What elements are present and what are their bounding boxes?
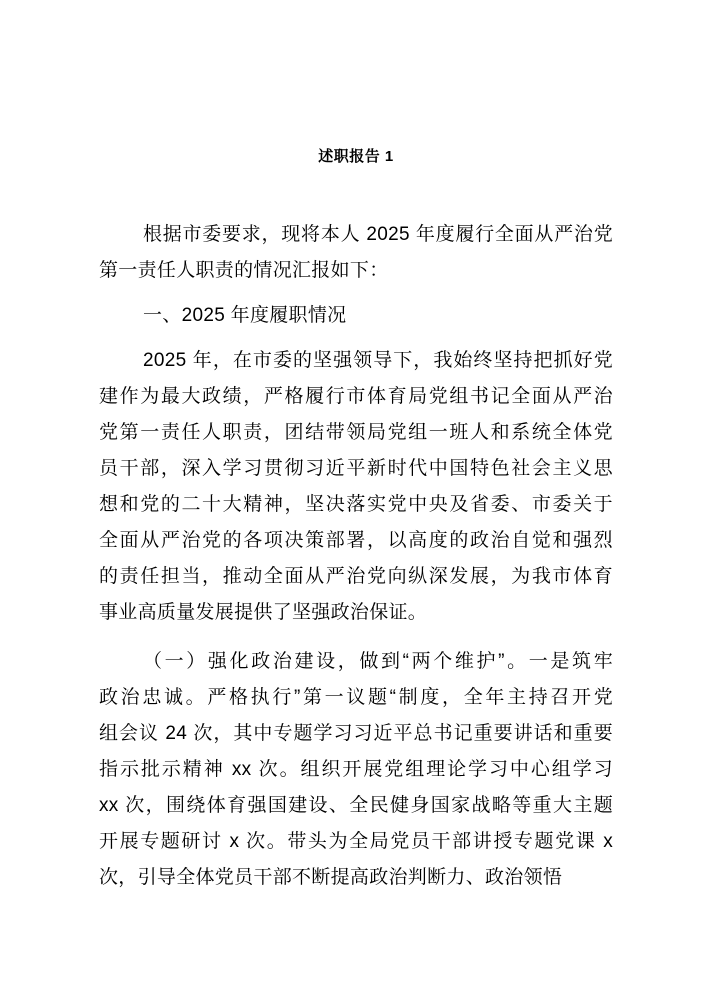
text-line: 政治忠诚。严格执行”第一议题“制度，全年主持召开党	[99, 680, 613, 716]
text-line: 根据市委要求，现将本人 2025 年度履行全面从严治党	[99, 217, 613, 253]
text-line: 组会议 24 次，其中专题学习习近平总书记重要讲话和重要	[99, 716, 613, 752]
document-page: 述职报告 1 根据市委要求，现将本人 2025 年度履行全面从严治党 第一责任人…	[0, 0, 711, 1006]
text-line: 事业高质量发展提供了坚强政治保证。	[99, 595, 613, 631]
section-heading: 一、2025 年度履职情况	[99, 298, 613, 334]
text-line: 的责任担当，推动全面从严治党向纵深发展，为我市体育	[99, 559, 613, 595]
text-line: xx 次，围绕体育强国建设、全民健身国家战略等重大主题	[99, 788, 613, 824]
text-line: 全面从严治党的各项决策部署，以高度的政治自觉和强烈	[99, 523, 613, 559]
text-line: 党第一责任人职责，团结带领局党组一班人和系统全体党	[99, 415, 613, 451]
text-line: 开展专题研讨 x 次。带头为全局党员干部讲授专题党课 x	[99, 824, 613, 860]
document-title: 述职报告 1	[99, 142, 613, 172]
paragraph-overview: 2025 年，在市委的坚强领导下，我始终坚持把抓好党 建作为最大政绩，严格履行市…	[99, 343, 613, 631]
heading-line: 一、2025 年度履职情况	[99, 298, 613, 334]
text-line: 指示批示精神 xx 次。组织开展党组理论学习中心组学习	[99, 752, 613, 788]
text-line: 员干部，深入学习贯彻习近平新时代中国特色社会主义思	[99, 451, 613, 487]
text-line: 第一责任人职责的情况汇报如下：	[99, 253, 613, 289]
text-line: 2025 年，在市委的坚强领导下，我始终坚持把抓好党	[99, 343, 613, 379]
text-line: 想和党的二十大精神，坚决落实党中央及省委、市委关于	[99, 487, 613, 523]
text-line: 次，引导全体党员干部不断提高政治判断力、政治领悟	[99, 860, 613, 896]
paragraph-political-building: （一）强化政治建设，做到“两个维护”。一是筑牢 政治忠诚。严格执行”第一议题“制…	[99, 644, 613, 896]
text-line: （一）强化政治建设，做到“两个维护”。一是筑牢	[99, 644, 613, 680]
text-line: 建作为最大政绩，严格履行市体育局党组书记全面从严治	[99, 379, 613, 415]
paragraph-intro: 根据市委要求，现将本人 2025 年度履行全面从严治党 第一责任人职责的情况汇报…	[99, 217, 613, 289]
